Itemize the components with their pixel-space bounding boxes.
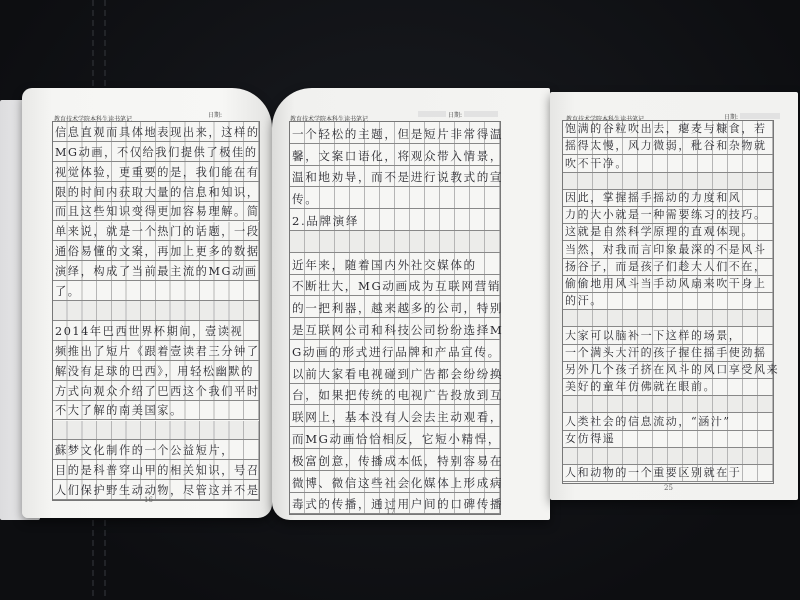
grid-line: 摇得太慢，风力微弱，秕谷和杂物就 (563, 138, 773, 155)
handwritten-line: 视觉体验，更重要的是，我们能在有 (55, 164, 260, 180)
grid-line: 台，如果把传统的电视广告投放到互 (290, 384, 500, 406)
grid-line: 当然，对我而言印象最深的不是风斗 (563, 241, 773, 258)
handwritten-line: 吹不干净。 (565, 155, 628, 171)
handwritten-line: 而且这些知识变得更加容易理解。简 (55, 203, 260, 219)
grid-line: 2014年巴西世界杯期间，壹读视 (53, 321, 259, 341)
handwritten-line: 2.品牌演绎 (292, 213, 359, 229)
handwritten-line: 以前大家看电视碰到广告都会纷纷换 (292, 366, 503, 382)
grid-line: 人类社会的信息流动，“涵汁” (563, 413, 773, 430)
grid-line: 解没有足球的巴西》，用轻松幽默的 (53, 361, 259, 381)
handwritten-line: 2014年巴西世界杯期间，壹读视 (55, 323, 243, 339)
notebook-page-25: 教育技术学院本科生读书笔记 日期: 饱满的谷粒吹出去，瘪麦与糠食，若摇得太慢，风… (550, 92, 798, 500)
grid-line (53, 301, 259, 321)
grid-line: 吹不干净。 (563, 155, 773, 172)
grid-cells (563, 173, 773, 189)
grid-line: 人们保护野生动动物，尽管这并不是 (53, 480, 259, 500)
handwritten-line: 近年来，随着国内外社交媒体的 (292, 257, 477, 273)
handwritten-line: 解没有足球的巴西》，用轻松幽默的 (55, 363, 254, 379)
grid-line: 馨，文案口语化，将观众带入情景， (290, 144, 500, 166)
handwritten-line: 当然，对我而言印象最深的不是风斗 (565, 241, 767, 257)
grid-line (53, 421, 259, 441)
handwritten-line: 另外几个孩子挤在风斗的风口享受风来 (565, 361, 779, 377)
handwritten-line: 一个轻松的主题，但是短片非常得温 (292, 126, 503, 142)
grid-line: 单来说，就是一个热门的话题，一段 (53, 222, 259, 242)
grid-line: 是互联网公司和科技公司纷纷选择M (290, 318, 500, 340)
grid-line: 一个满头大汗的孩子握住摇手使劲摇 (563, 345, 773, 362)
grid-line: 联网上，基本没有人会去主动观看， (290, 405, 500, 427)
handwritten-line: 这就是自然科学原理的直观体现。 (565, 223, 754, 239)
grid-line: 传。 (290, 187, 500, 209)
handwritten-line: 美好的童年仿佛就在眼前。 (565, 378, 716, 394)
grid-cells (53, 301, 259, 320)
handwritten-line: 饱满的谷粒吹出去，瘪麦与糠食，若 (565, 120, 767, 136)
page-number: 17 (386, 508, 395, 516)
grid-line: 的一把利器，越来越多的公司，特别 (290, 296, 500, 318)
date-label: 日期: (208, 110, 222, 119)
page-number: 16 (144, 496, 153, 504)
grid-cells (563, 310, 773, 326)
date-field (464, 111, 498, 117)
grid-line: 演绎，构成了当前最主流的MG动画 (53, 261, 259, 281)
grid-line: 人和动物的一个重要区别就在于 (563, 465, 773, 482)
grid-line: G动画的形式进行品牌和产品宣传。 (290, 340, 500, 362)
grid-line: 这就是自然科学原理的直观体现。 (563, 224, 773, 241)
handwritten-line: 是互联网公司和科技公司纷纷选择M (292, 322, 503, 338)
handwritten-line: 馨，文案口语化，将观众带入情景， (292, 148, 503, 164)
grid-cells (53, 421, 259, 440)
grid-cells (290, 231, 500, 252)
handwritten-line: 不断壮大，MG动画成为互联网营销 (292, 278, 501, 294)
handwritten-line: 人和动物的一个重要区别就在于 (565, 464, 741, 480)
grid-line: 偷偷地用风斗当手动风扇来吹干身上 (563, 276, 773, 293)
grid-line: 而且这些知识变得更加容易理解。简 (53, 202, 259, 222)
handwritten-line: 的汗。 (565, 292, 603, 308)
notebook-page-16: 教育技术学院本科生读书笔记 日期: 信息直观而具体地表现出来，这样的MG动画，不… (22, 88, 272, 518)
grid-line (290, 231, 500, 253)
grid-line: 因此，掌握摇手摇动的力度和风 (563, 190, 773, 207)
grid-cells (563, 396, 773, 412)
handwritten-line: 不大了解的南美国家。 (55, 402, 183, 418)
grid-line (563, 173, 773, 190)
grid-line: 扬谷子，而是孩子们趁大人们不在， (563, 259, 773, 276)
handwritten-line: 演绎，构成了当前最主流的MG动画 (55, 263, 258, 279)
handwritten-line: 扬谷子，而是孩子们趁大人们不在， (565, 258, 767, 274)
handwritten-line: 联网上，基本没有人会去主动观看， (292, 409, 503, 425)
grid-line: 温和地劝导，而不是进行说教式的宣 (290, 166, 500, 188)
grid-line: 以前大家看电视碰到广告都会纷纷换 (290, 362, 500, 384)
date-field (740, 113, 780, 119)
handwritten-line: 微博、微信这些社会化媒体上形成病 (292, 475, 503, 491)
handwritten-line: 蘇梦文化制作的一个公益短片， (55, 442, 234, 458)
handwritten-line: 女仿得遥 (565, 430, 615, 446)
grid-line: 女仿得遥 (563, 431, 773, 448)
handwritten-line: 人类社会的信息流动，“涵汁” (565, 413, 731, 429)
date-field (418, 111, 446, 117)
handwritten-line: 大家可以脑补一下这样的场景， (565, 327, 741, 343)
grid-line: 信息直观而具体地表现出来，这样的 (53, 122, 259, 142)
grid-line: 不大了解的南美国家。 (53, 401, 259, 421)
grid-line: 视觉体验，更重要的是，我们能在有 (53, 162, 259, 182)
handwritten-line: 摇得太慢，风力微弱，秕谷和杂物就 (565, 137, 767, 153)
handwritten-line: 目的是科普穿山甲的相关知识，号召 (55, 462, 260, 478)
handwritten-line: 一个满头大汗的孩子握住摇手使劲摇 (565, 344, 767, 360)
grid-line: 大家可以脑补一下这样的场景， (563, 327, 773, 344)
handwritten-line: MG动画，不仅给我们提供了极佳的 (55, 144, 258, 160)
notebook-page-17: 教育技术学院本科生读书笔记 日期: 一个轻松的主题，但是短片非常得温馨，文案口语… (272, 88, 550, 520)
grid-line: MG动画，不仅给我们提供了极佳的 (53, 142, 259, 162)
handwritten-line: 偷偷地用风斗当手动风扇来吹干身上 (565, 275, 767, 291)
grid-line: 一个轻松的主题，但是短片非常得温 (290, 122, 500, 144)
grid-line: 另外几个孩子挤在风斗的风口享受风来 (563, 362, 773, 379)
grid-line: 目的是科普穿山甲的相关知识，号召 (53, 460, 259, 480)
page-number: 25 (664, 484, 673, 492)
grid-cells (53, 281, 259, 300)
grid-line: 饱满的谷粒吹出去，瘪麦与糠食，若 (563, 121, 773, 138)
grid-line (563, 448, 773, 465)
handwritten-line: 限的时间内获取大量的信息和知识， (55, 184, 260, 200)
handwritten-line: 方式向观众介绍了巴西这个我们平时 (55, 383, 260, 399)
handwritten-line: 而MG动画恰恰相反，它短小精悍， (292, 431, 501, 447)
handwritten-line: 单来说，就是一个热门的话题，一段 (55, 223, 260, 239)
grid-line: 而MG动画恰恰相反，它短小精悍， (290, 427, 500, 449)
handwritten-line: 传。 (292, 191, 318, 207)
writing-grid: 饱满的谷粒吹出去，瘪麦与糠食，若摇得太慢，风力微弱，秕谷和杂物就吹不干净。因此，… (562, 120, 774, 484)
grid-line (563, 396, 773, 413)
grid-line: 蘇梦文化制作的一个公益短片， (53, 440, 259, 460)
handwritten-line: 通俗易懂的文案，再加上更多的数据 (55, 243, 260, 259)
date-label: 日期: (448, 110, 462, 119)
grid-line: 方式向观众介绍了巴西这个我们平时 (53, 381, 259, 401)
grid-line: 微博、微信这些社会化媒体上形成病 (290, 471, 500, 493)
grid-line: 2.品牌演绎 (290, 209, 500, 231)
grid-line: 近年来，随着国内外社交媒体的 (290, 253, 500, 275)
handwritten-line: 频推出了短片《跟着壹读君三分钟了 (55, 343, 260, 359)
handwritten-line: 极富创意，传播成本低，特别容易在 (292, 453, 503, 469)
grid-line (563, 310, 773, 327)
handwritten-line: 台，如果把传统的电视广告投放到互 (292, 387, 503, 403)
handwritten-line: 温和地劝导，而不是进行说教式的宣 (292, 169, 503, 185)
grid-line: 限的时间内获取大量的信息和知识， (53, 182, 259, 202)
grid-line: 通俗易懂的文案，再加上更多的数据 (53, 241, 259, 261)
handwritten-line: 毒式的传播，通过用户间的口碑传播 (292, 496, 503, 512)
handwritten-line: 了。 (55, 283, 81, 299)
grid-line: 力的大小就是一种需要练习的技巧。 (563, 207, 773, 224)
grid-line: 了。 (53, 281, 259, 301)
handwritten-line: 信息直观而具体地表现出来，这样的 (55, 124, 260, 140)
handwritten-line: 的一把利器，越来越多的公司，特别 (292, 300, 503, 316)
handwritten-line: G动画的形式进行品牌和产品宣传。 (292, 344, 501, 360)
handwritten-line: 人们保护野生动动物，尽管这并不是 (55, 482, 260, 498)
handwritten-line: 力的大小就是一种需要练习的技巧。 (565, 206, 767, 222)
grid-line: 不断壮大，MG动画成为互联网营销 (290, 275, 500, 297)
grid-line: 极富创意，传播成本低，特别容易在 (290, 449, 500, 471)
handwritten-line: 因此，掌握摇手摇动的力度和风 (565, 189, 741, 205)
grid-line: 毒式的传播，通过用户间的口碑传播 (290, 493, 500, 515)
writing-grid: 信息直观而具体地表现出来，这样的MG动画，不仅给我们提供了极佳的视觉体验，更重要… (52, 121, 260, 501)
grid-line: 的汗。 (563, 293, 773, 310)
grid-line: 频推出了短片《跟着壹读君三分钟了 (53, 341, 259, 361)
writing-grid: 一个轻松的主题，但是短片非常得温馨，文案口语化，将观众带入情景，温和地劝导，而不… (289, 121, 501, 515)
grid-line: 美好的童年仿佛就在眼前。 (563, 379, 773, 396)
grid-cells (290, 187, 500, 208)
grid-cells (563, 448, 773, 464)
